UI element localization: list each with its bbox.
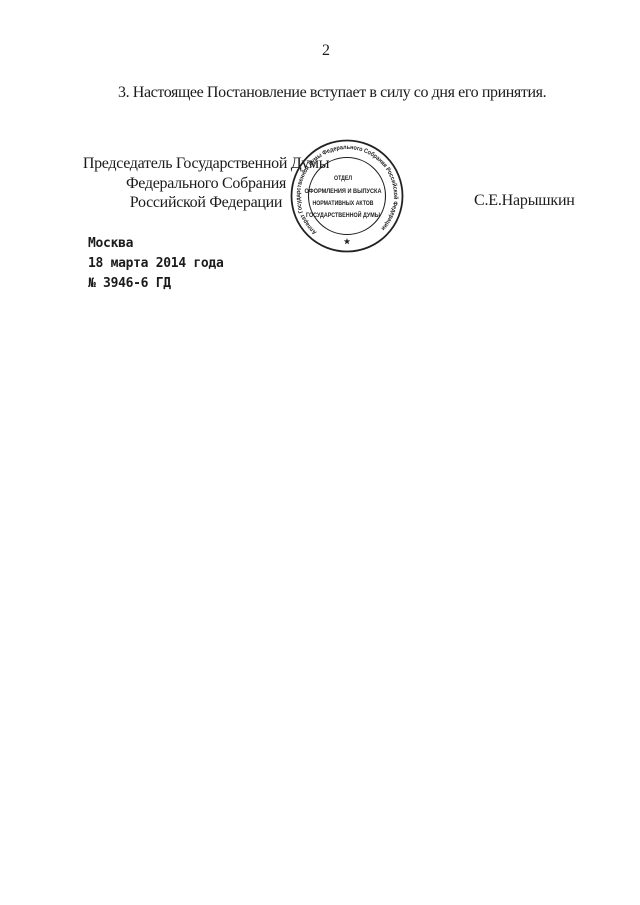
stamp-center-line-2: ОФОРМЛЕНИЯ И ВЫПУСКА [305,188,382,195]
resolution-paragraph: 3. Настоящее Постановление вступает в си… [88,84,578,102]
stamp-inner-ring [309,158,386,235]
page-number: 2 [0,42,640,60]
stamp-center-line-3: НОРМАТИВНЫХ АКТОВ [313,200,374,207]
issue-number: № 3946-6 ГД [88,274,223,294]
duma-seal-stamp-icon: Аппарат Государственной Думы Федеральног… [288,137,406,255]
document-page: 2 3. Настоящее Постановление вступает в … [0,0,640,905]
issue-block: Москва 18 марта 2014 года № 3946-6 ГД [88,234,223,294]
star-icon [344,238,351,244]
issue-date: 18 марта 2014 года [88,254,223,274]
stamp-center-line-1: ОТДЕЛ [334,175,352,182]
signer-name: С.Е.Нарышкин [474,192,575,210]
issue-city: Москва [88,234,223,254]
stamp-center-line-4: ГОСУДАРСТВЕННОЙ ДУМЫ [306,210,380,219]
